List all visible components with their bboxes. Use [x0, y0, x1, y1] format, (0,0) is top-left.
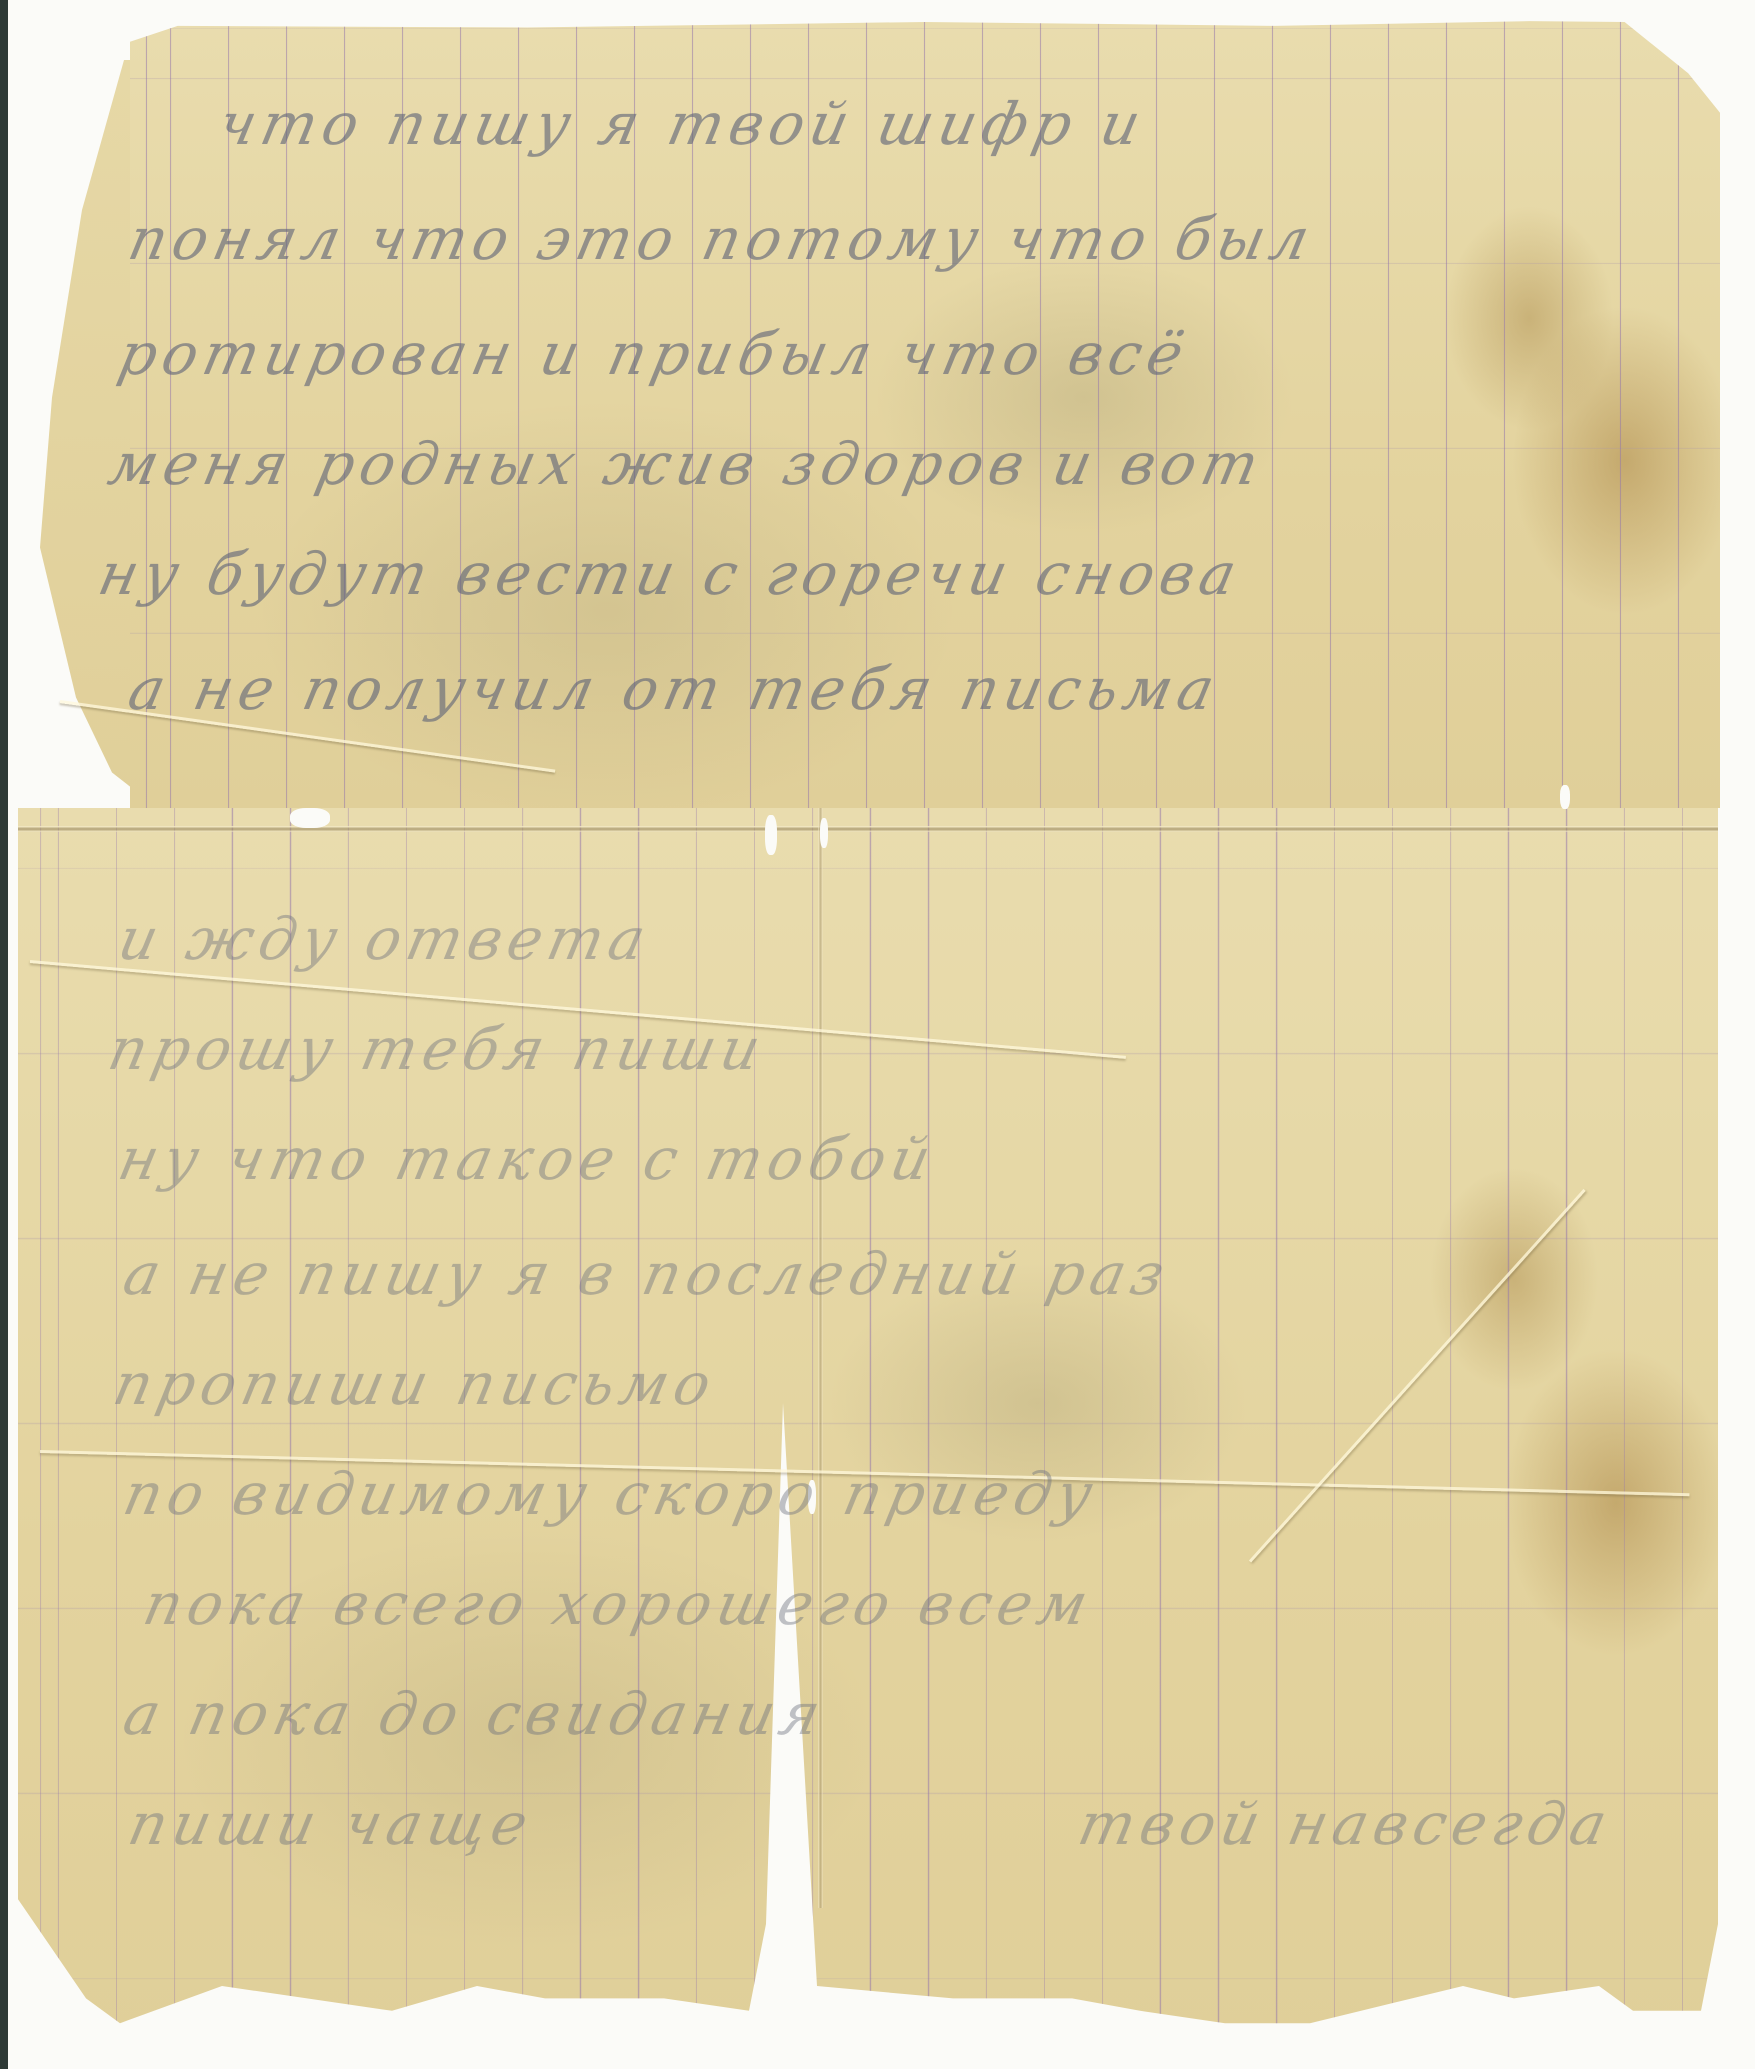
handwritten-line: а пока до свидания [118, 1680, 832, 1748]
handwritten-line: что пишу я твой шифр и [213, 90, 1153, 158]
letter-bottom-half [18, 808, 1718, 2048]
handwritten-line: а не получил от тебя письма [123, 655, 1226, 723]
handwritten-line: прошу тебя пиши [103, 1015, 772, 1083]
grid-lines [18, 808, 1718, 2048]
scanner-edge [0, 0, 8, 2069]
handwritten-line: пропиши письмо [108, 1350, 723, 1418]
tear-hole [1560, 785, 1570, 809]
handwritten-line: а не пишу я в последний раз [118, 1240, 1177, 1308]
handwritten-line: ротирован и прибыл что всё [113, 320, 1196, 388]
handwritten-line: и жду ответа [113, 905, 658, 973]
tear-hole [820, 818, 828, 848]
horizontal-fold [18, 826, 1718, 832]
handwritten-signoff: твой навсегда [1073, 1790, 1619, 1858]
handwritten-line: по видимому скоро приеду [118, 1460, 1105, 1528]
handwritten-line: ну что такое с тобой [113, 1125, 943, 1193]
handwritten-line: пока всего хорошего всем [138, 1570, 1100, 1638]
tear-hole [765, 815, 777, 855]
handwritten-line: понял что это потому что был [123, 205, 1321, 273]
handwritten-line: ну будут вести с горечи снова [93, 540, 1248, 608]
handwritten-line: меня родных жив здоров и вот [103, 430, 1271, 498]
handwritten-line: пиши чаще [123, 1790, 540, 1858]
tear-hole [290, 808, 330, 828]
